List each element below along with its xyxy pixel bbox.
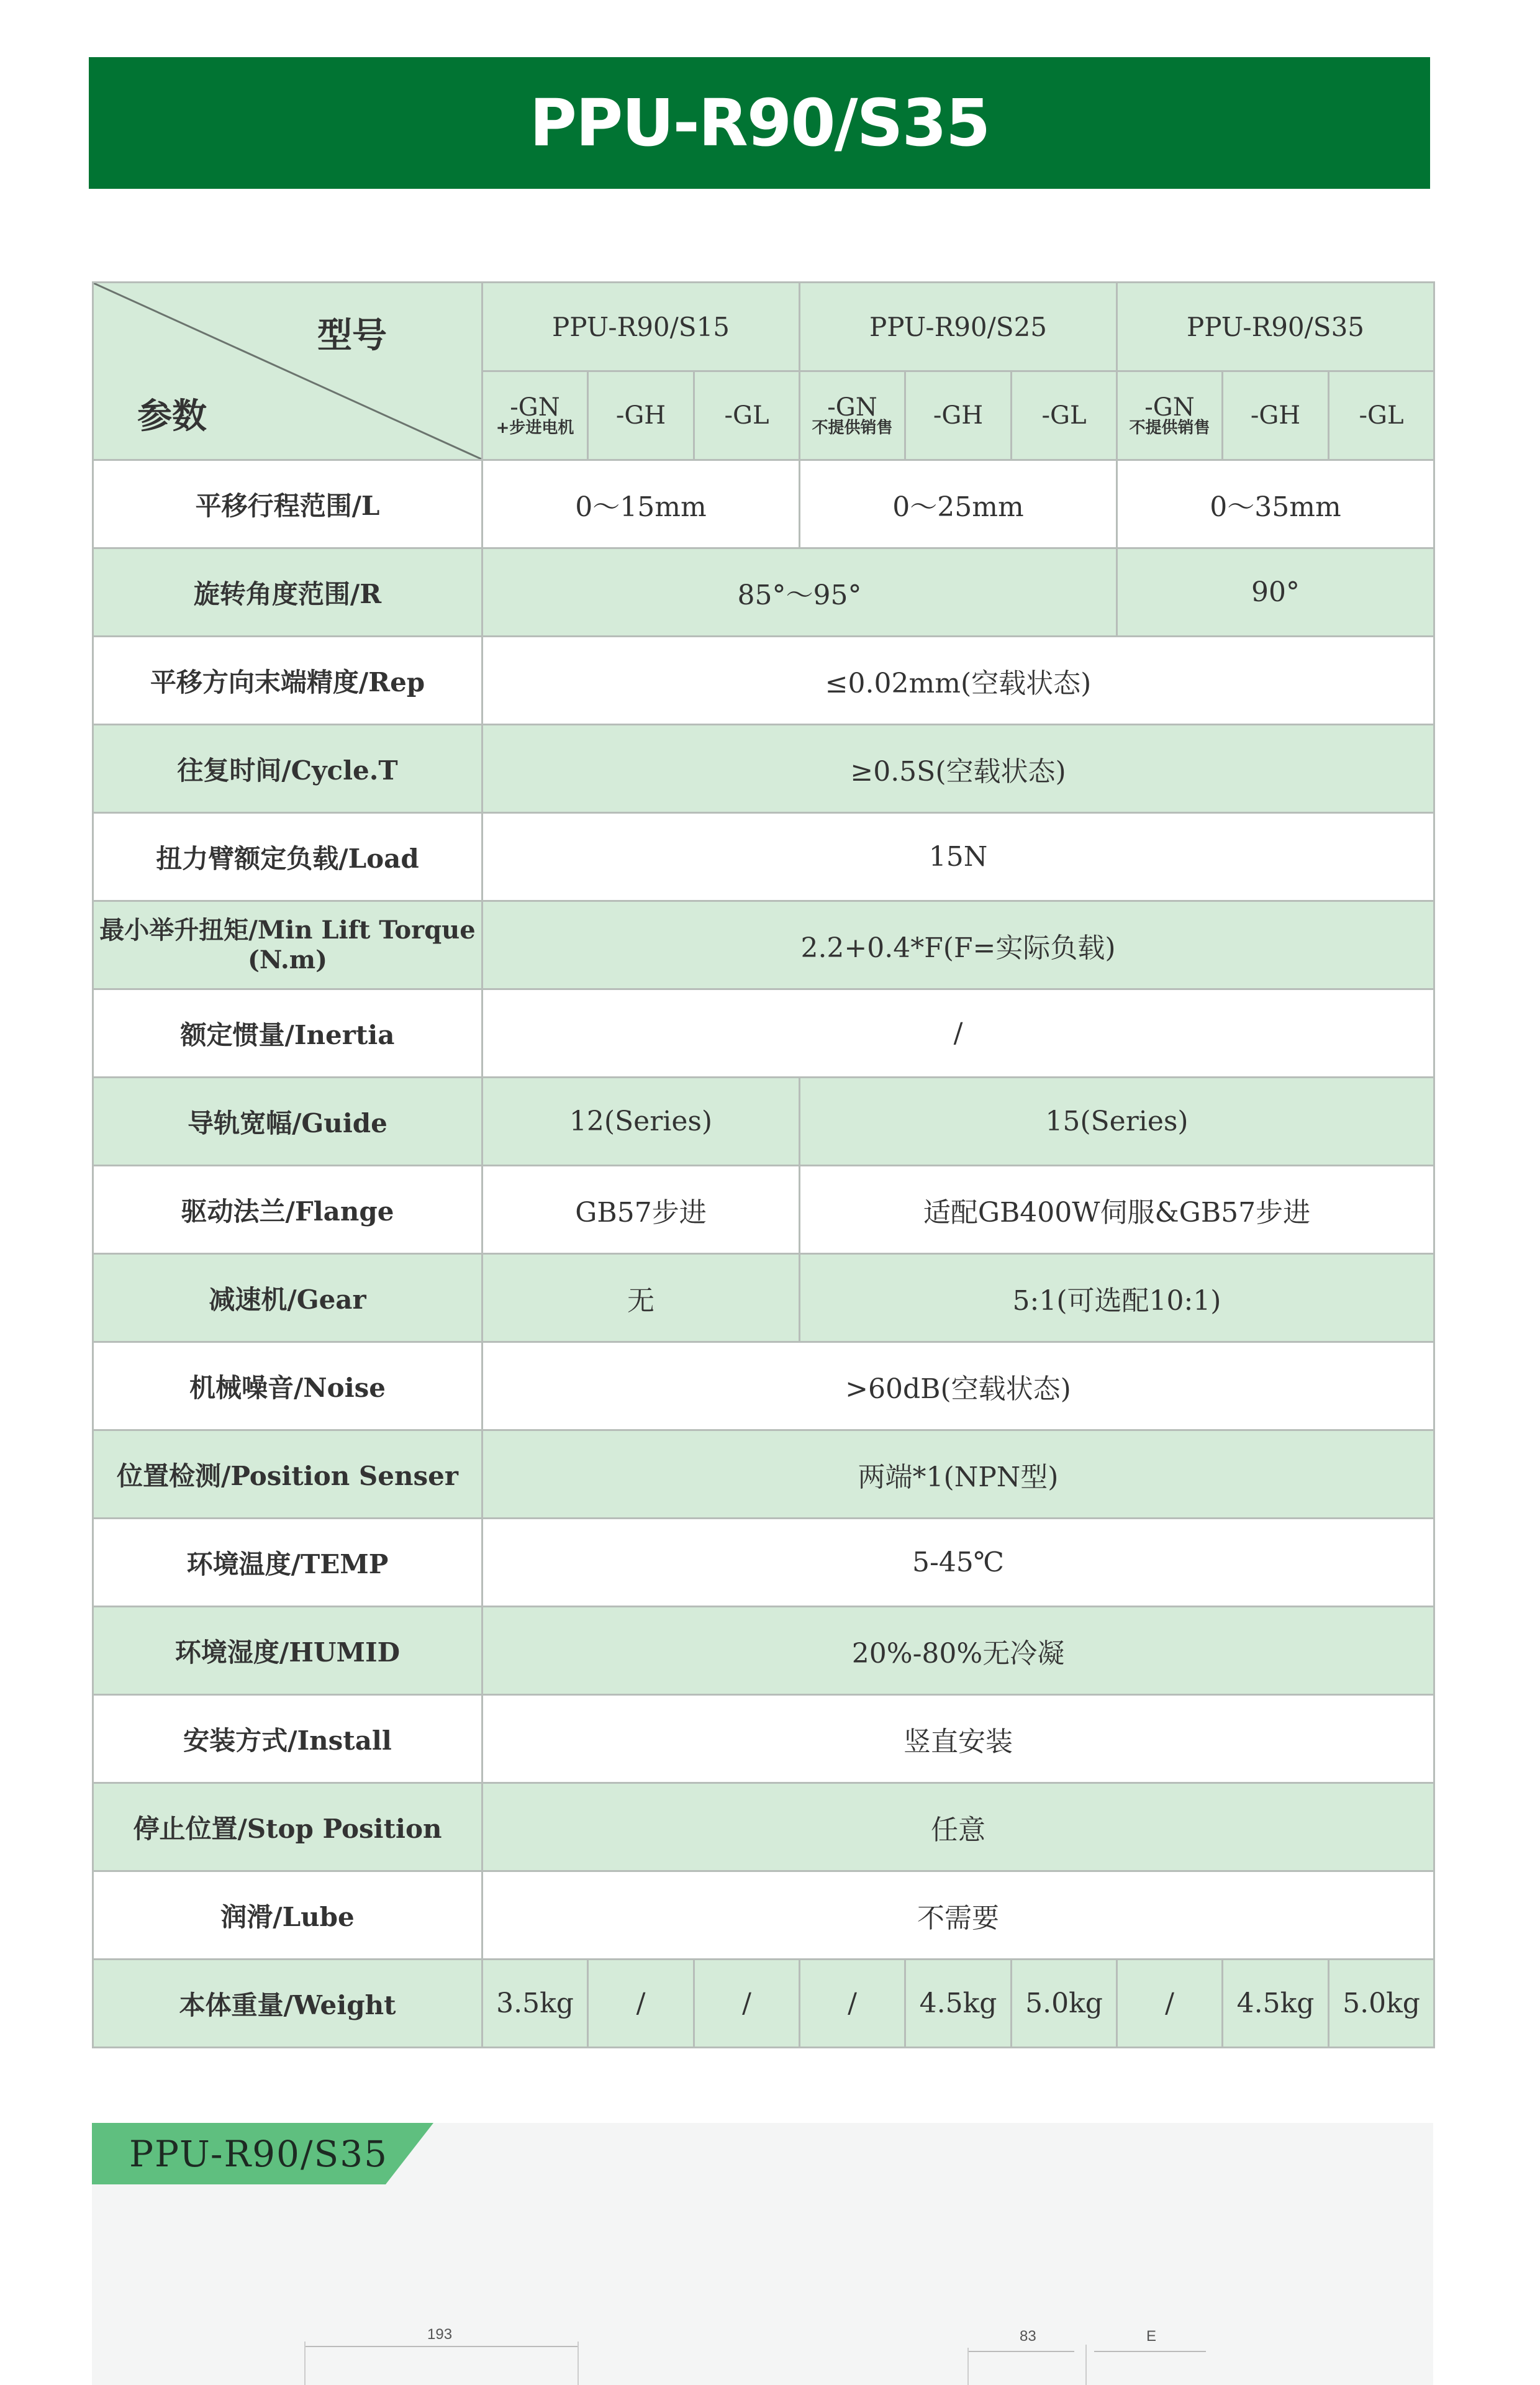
dimension-label: 193 — [427, 2326, 452, 2343]
table-row: 本体重量/Weight 3.5kg / / / 4.5kg 5.0kg / 4.… — [93, 1960, 1434, 2048]
row-label: 机械噪音/Noise — [93, 1342, 482, 1430]
cell-value: 5:1(可选配10:1) — [800, 1254, 1434, 1342]
cell-value: 12(Series) — [482, 1078, 800, 1166]
cell-value: 15(Series) — [800, 1078, 1434, 1166]
dimension-line — [304, 2346, 577, 2347]
table-row: 环境湿度/HUMID 20%-80%无冷凝 — [93, 1607, 1434, 1695]
cell-value: 适配GB400W伺服&GB57步进 — [800, 1166, 1434, 1254]
row-label: 位置检测/Position Senser — [93, 1430, 482, 1519]
table-row: 平移方向末端精度/Rep ≤0.02mm(空载状态) — [93, 637, 1434, 725]
variant-header: -GL — [694, 371, 800, 460]
spec-table: 型号 参数 PPU-R90/S15 PPU-R90/S25 PPU-R90/S3… — [92, 281, 1435, 2048]
table-row: 额定惯量/Inertia / — [93, 989, 1434, 1078]
cell-value: 3.5kg — [482, 1960, 588, 2048]
cell-value: 竖直安装 — [482, 1695, 1434, 1783]
table-row: 最小举升扭矩/Min Lift Torque(N.m) 2.2+0.4*F(F=… — [93, 901, 1434, 989]
corner-model-label: 型号 — [317, 308, 387, 358]
table-row: 润滑/Lube 不需要 — [93, 1871, 1434, 1960]
cell-value: 0～35mm — [1117, 460, 1434, 548]
extension-line — [1085, 2345, 1087, 2385]
variant-header: -GN不提供销售 — [1117, 371, 1223, 460]
variant-header: -GN+步进电机 — [482, 371, 588, 460]
cell-value: 无 — [482, 1254, 800, 1342]
cell-value: / — [588, 1960, 694, 2048]
row-label: 安装方式/Install — [93, 1695, 482, 1783]
cell-value: 5.0kg — [1329, 1960, 1434, 2048]
table-row: 往复时间/Cycle.T ≥0.5S(空载状态) — [93, 725, 1434, 813]
page-title: PPU-R90/S35 — [530, 85, 989, 161]
cell-value: 5.0kg — [1012, 1960, 1117, 2048]
table-row: 旋转角度范围/R 85°～95° 90° — [93, 548, 1434, 637]
variant-header: -GL — [1012, 371, 1117, 460]
cell-value: 85°～95° — [482, 548, 1117, 637]
row-label: 额定惯量/Inertia — [93, 989, 482, 1078]
row-label: 环境温度/TEMP — [93, 1519, 482, 1607]
row-label: 减速机/Gear — [93, 1254, 482, 1342]
table-row: 驱动法兰/Flange GB57步进 适配GB400W伺服&GB57步进 — [93, 1166, 1434, 1254]
row-label: 驱动法兰/Flange — [93, 1166, 482, 1254]
cell-value: 任意 — [482, 1783, 1434, 1871]
variant-header: -GL — [1329, 371, 1434, 460]
table-row: 扭力臂额定负载/Load 15N — [93, 813, 1434, 901]
row-label: 旋转角度范围/R — [93, 548, 482, 637]
cell-value: 不需要 — [482, 1871, 1434, 1960]
cell-value: ≤0.02mm(空载状态) — [482, 637, 1434, 725]
row-label: 往复时间/Cycle.T — [93, 725, 482, 813]
cell-value: 5-45℃ — [482, 1519, 1434, 1607]
dimension-line — [969, 2351, 1074, 2352]
cell-value: / — [694, 1960, 800, 2048]
row-label: 导轨宽幅/Guide — [93, 1078, 482, 1166]
variant-header: -GH — [1223, 371, 1329, 460]
extension-line — [577, 2342, 579, 2385]
table-row: 环境温度/TEMP 5-45℃ — [93, 1519, 1434, 1607]
cell-value: 20%-80%无冷凝 — [482, 1607, 1434, 1695]
cell-value: 15N — [482, 813, 1434, 901]
dimension-label: E — [1146, 2328, 1156, 2345]
table-row: 机械噪音/Noise >60dB(空载状态) — [93, 1342, 1434, 1430]
variant-header: -GH — [905, 371, 1012, 460]
cell-value: 两端*1(NPN型) — [482, 1430, 1434, 1519]
extension-line — [304, 2342, 306, 2385]
table-row: 减速机/Gear 无 5:1(可选配10:1) — [93, 1254, 1434, 1342]
table-row: 位置检测/Position Senser 两端*1(NPN型) — [93, 1430, 1434, 1519]
model-header: PPU-R90/S25 — [800, 283, 1117, 371]
row-label: 扭力臂额定负载/Load — [93, 813, 482, 901]
cell-value: 4.5kg — [905, 1960, 1012, 2048]
dimension-line — [1094, 2351, 1206, 2352]
row-label: 环境湿度/HUMID — [93, 1607, 482, 1695]
title-banner: PPU-R90/S35 — [89, 57, 1430, 189]
model-header: PPU-R90/S35 — [1117, 283, 1434, 371]
cell-value: 2.2+0.4*F(F=实际负载) — [482, 901, 1434, 989]
row-label: 停止位置/Stop Position — [93, 1783, 482, 1871]
table-row: 平移行程范围/L 0～15mm 0～25mm 0～35mm — [93, 460, 1434, 548]
table-row: 导轨宽幅/Guide 12(Series) 15(Series) — [93, 1078, 1434, 1166]
table-row: 停止位置/Stop Position 任意 — [93, 1783, 1434, 1871]
cell-value: / — [1117, 1960, 1223, 2048]
cell-value: 4.5kg — [1223, 1960, 1329, 2048]
drawing-tag: PPU-R90/S35 — [92, 2123, 433, 2184]
table-row: 安装方式/Install 竖直安装 — [93, 1695, 1434, 1783]
row-label: 平移行程范围/L — [93, 460, 482, 548]
row-label: 润滑/Lube — [93, 1871, 482, 1960]
variant-header: -GN不提供销售 — [800, 371, 905, 460]
variant-header: -GH — [588, 371, 694, 460]
model-header: PPU-R90/S15 — [482, 283, 800, 371]
corner-param-label: 参数 — [137, 389, 207, 438]
row-label: 平移方向末端精度/Rep — [93, 637, 482, 725]
cell-value: 0～15mm — [482, 460, 800, 548]
extension-line — [967, 2348, 969, 2385]
cell-value: 0～25mm — [800, 460, 1117, 548]
cell-value: / — [800, 1960, 905, 2048]
cell-value: 90° — [1117, 548, 1434, 637]
dimension-label: 83 — [1020, 2328, 1036, 2345]
corner-cell: 型号 参数 — [93, 283, 482, 460]
cell-value: GB57步进 — [482, 1166, 800, 1254]
header-row-models: 型号 参数 PPU-R90/S15 PPU-R90/S25 PPU-R90/S3… — [93, 283, 1434, 371]
row-label: 最小举升扭矩/Min Lift Torque(N.m) — [93, 901, 482, 989]
cell-value: ≥0.5S(空载状态) — [482, 725, 1434, 813]
drawing-tag-label: PPU-R90/S35 — [129, 2133, 388, 2175]
cell-value: >60dB(空载状态) — [482, 1342, 1434, 1430]
cell-value: / — [482, 989, 1434, 1078]
row-label: 本体重量/Weight — [93, 1960, 482, 2048]
